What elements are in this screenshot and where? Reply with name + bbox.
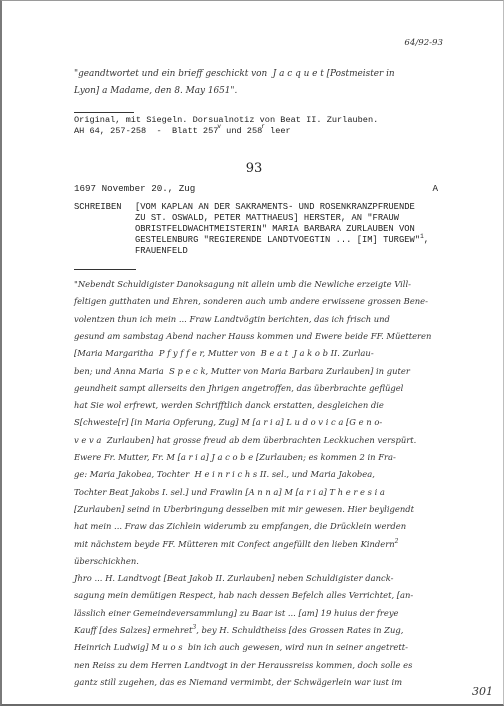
body-text: ben; und Anna Maria S p e c k, Mutter vo… [74, 366, 410, 376]
footnote-marker: 2 [395, 538, 399, 545]
folio-number: 301 [472, 685, 493, 698]
previous-quote-line: "geandtwortet und ein brieff geschickt v… [74, 69, 395, 79]
body-line: Ewere Fr. Mutter, Fr. M [a r i a] J a c … [74, 453, 396, 461]
body-line: Kauff [des Salzes] ermehret3, bey H. Sch… [74, 626, 403, 634]
body-line: [Zurlauben] seind in Uberbringung dessel… [74, 505, 414, 513]
body-line: gantz still zugehen, das es Niemand verm… [74, 678, 402, 686]
body-text: hat mein ... Fraw das Zichlein widerumb … [74, 521, 406, 531]
body-text: , bey H. Schuldtheiss [des Grossen Rates… [196, 625, 403, 635]
body-line: mit nächstem beyde FF. Mütteren mit Conf… [74, 540, 398, 548]
body-text: "Nebendt Schuldigister Danoksagung nit a… [74, 279, 411, 289]
entry-title-label: SCHREIBEN [74, 202, 122, 212]
body-text: Ewere Fr. Mutter, Fr. M [a r i a] J a c … [74, 452, 396, 462]
body-text: Tochter Beat Jakobs I. sel.] und Frawlin… [74, 487, 385, 497]
body-line: lässlich einer Gemeindeversammlung] zu B… [74, 609, 399, 617]
body-line: S[chweste[r] [in Maria Opferung, Zug] M … [74, 418, 382, 426]
body-line: ge: Maria Jakobea, Tochter H e i n r i c… [74, 470, 375, 478]
source-note-text: leer [265, 126, 291, 136]
document-page: 64/92-93 "geandtwortet und ein brieff ge… [0, 0, 504, 706]
entry-title-line: GESTELENBURG "REGIERENDE LANDTVOEGTIN ..… [135, 235, 429, 245]
body-text: gantz still zugehen, das es Niemand verm… [74, 677, 402, 687]
source-note-text: AH 64, 257-258 - Blatt 257 [74, 126, 218, 136]
body-line: feltigen gutthaten und Ehren, sonderen a… [74, 297, 428, 305]
body-line: ben; und Anna Maria S p e c k, Mutter vo… [74, 367, 410, 375]
body-line: [Maria Margaritha P f y f f e r, Mutter … [74, 349, 374, 357]
body-text: feltigen gutthaten und Ehren, sonderen a… [74, 296, 428, 306]
body-line: Tochter Beat Jakobs I. sel.] und Frawlin… [74, 488, 385, 496]
body-text: [Maria Margaritha P f y f f e r, Mutter … [74, 348, 374, 358]
entry-title-line: [VOM KAPLAN AN DER SAKRAMENTS- UND ROSEN… [135, 202, 415, 212]
body-text: S[chweste[r] [in Maria Opferung, Zug] M … [74, 417, 382, 427]
source-note-line: Original, mit Siegeln. Dorsualnotiz von … [74, 115, 378, 125]
body-text: Heinrich Ludwig] M u o s bin ich auch ge… [74, 642, 408, 652]
body-text: nen Reiss zu dem Herren Landtvogt in der… [74, 660, 412, 670]
body-line: gesund am sambstag Abend nacher Hauss ko… [74, 332, 431, 340]
body-text: Jhro ... H. Landtvogt [Beat Jakob II. Zu… [74, 573, 394, 583]
body-line: überschickhen. [74, 557, 139, 565]
entry-title-line: ZU ST. OSWALD, PETER MATTHAEUS] HERSTER,… [135, 213, 399, 223]
body-line: sagung mein demütigen Respect, hab nach … [74, 591, 413, 599]
body-line: hat mein ... Fraw das Zichlein widerumb … [74, 522, 406, 530]
entry-date-place: 1697 November 20., Zug [74, 183, 195, 194]
body-text: gesund am sambstag Abend nacher Hauss ko… [74, 331, 431, 341]
body-text: Kauff [des Salzes] ermehret [74, 625, 192, 635]
body-line: Heinrich Ludwig] M u o s bin ich auch ge… [74, 643, 408, 651]
body-line: nen Reiss zu dem Herren Landtvogt in der… [74, 661, 412, 669]
entry-title-line: OBRISTFELDWACHTMEISTERIN" MARIA BARBARA … [135, 224, 415, 234]
entry-title-line: FRAUENFELD [135, 246, 188, 256]
body-line: geundheit sampt allerseits den Jhrigen a… [74, 384, 403, 392]
body-line: v e v a Zurlauben] hat grosse freud ab d… [74, 436, 416, 444]
verso-superscript: v [217, 123, 221, 130]
body-text: ge: Maria Jakobea, Tochter H e i n r i c… [74, 469, 375, 479]
body-text: überschickhen. [74, 556, 139, 566]
previous-quote-line: Lyon] a Madame, den 8. May 1651". [74, 86, 237, 96]
body-text: lässlich einer Gemeindeversammlung] zu B… [74, 608, 399, 618]
entry-title-text: , [424, 235, 429, 245]
body-text: [Zurlauben] seind in Uberbringung dessel… [74, 504, 414, 514]
source-note-text: und 258 [221, 126, 262, 136]
source-note-line: AH 64, 257-258 - Blatt 257v und 258r lee… [74, 126, 291, 136]
body-text: volentzen thun ich mein ... Fraw Landtvö… [74, 314, 390, 324]
body-line: hat Sie wol erfrewt, werden Schrifftlich… [74, 401, 384, 409]
body-text: mit nächstem beyde FF. Mütteren mit Conf… [74, 539, 395, 549]
entry-classification: A [432, 183, 438, 194]
body-text: geundheit sampt allerseits den Jhrigen a… [74, 383, 403, 393]
body-line: "Nebendt Schuldigister Danoksagung nit a… [74, 280, 411, 288]
divider-rule [74, 269, 136, 270]
body-line: volentzen thun ich mein ... Fraw Landtvö… [74, 315, 390, 323]
body-text: hat Sie wol erfrewt, werden Schrifftlich… [74, 400, 384, 410]
body-text: v e v a Zurlauben] hat grosse freud ab d… [74, 435, 416, 445]
body-line: Jhro ... H. Landtvogt [Beat Jakob II. Zu… [74, 574, 394, 582]
archive-reference: 64/92-93 [404, 38, 443, 48]
entry-title-text: GESTELENBURG "REGIERENDE LANDTVOEGTIN ..… [135, 235, 420, 245]
entry-number: 93 [2, 161, 504, 176]
divider-rule [74, 112, 134, 113]
body-text: sagung mein demütigen Respect, hab nach … [74, 590, 413, 600]
recto-superscript: r [261, 123, 265, 130]
